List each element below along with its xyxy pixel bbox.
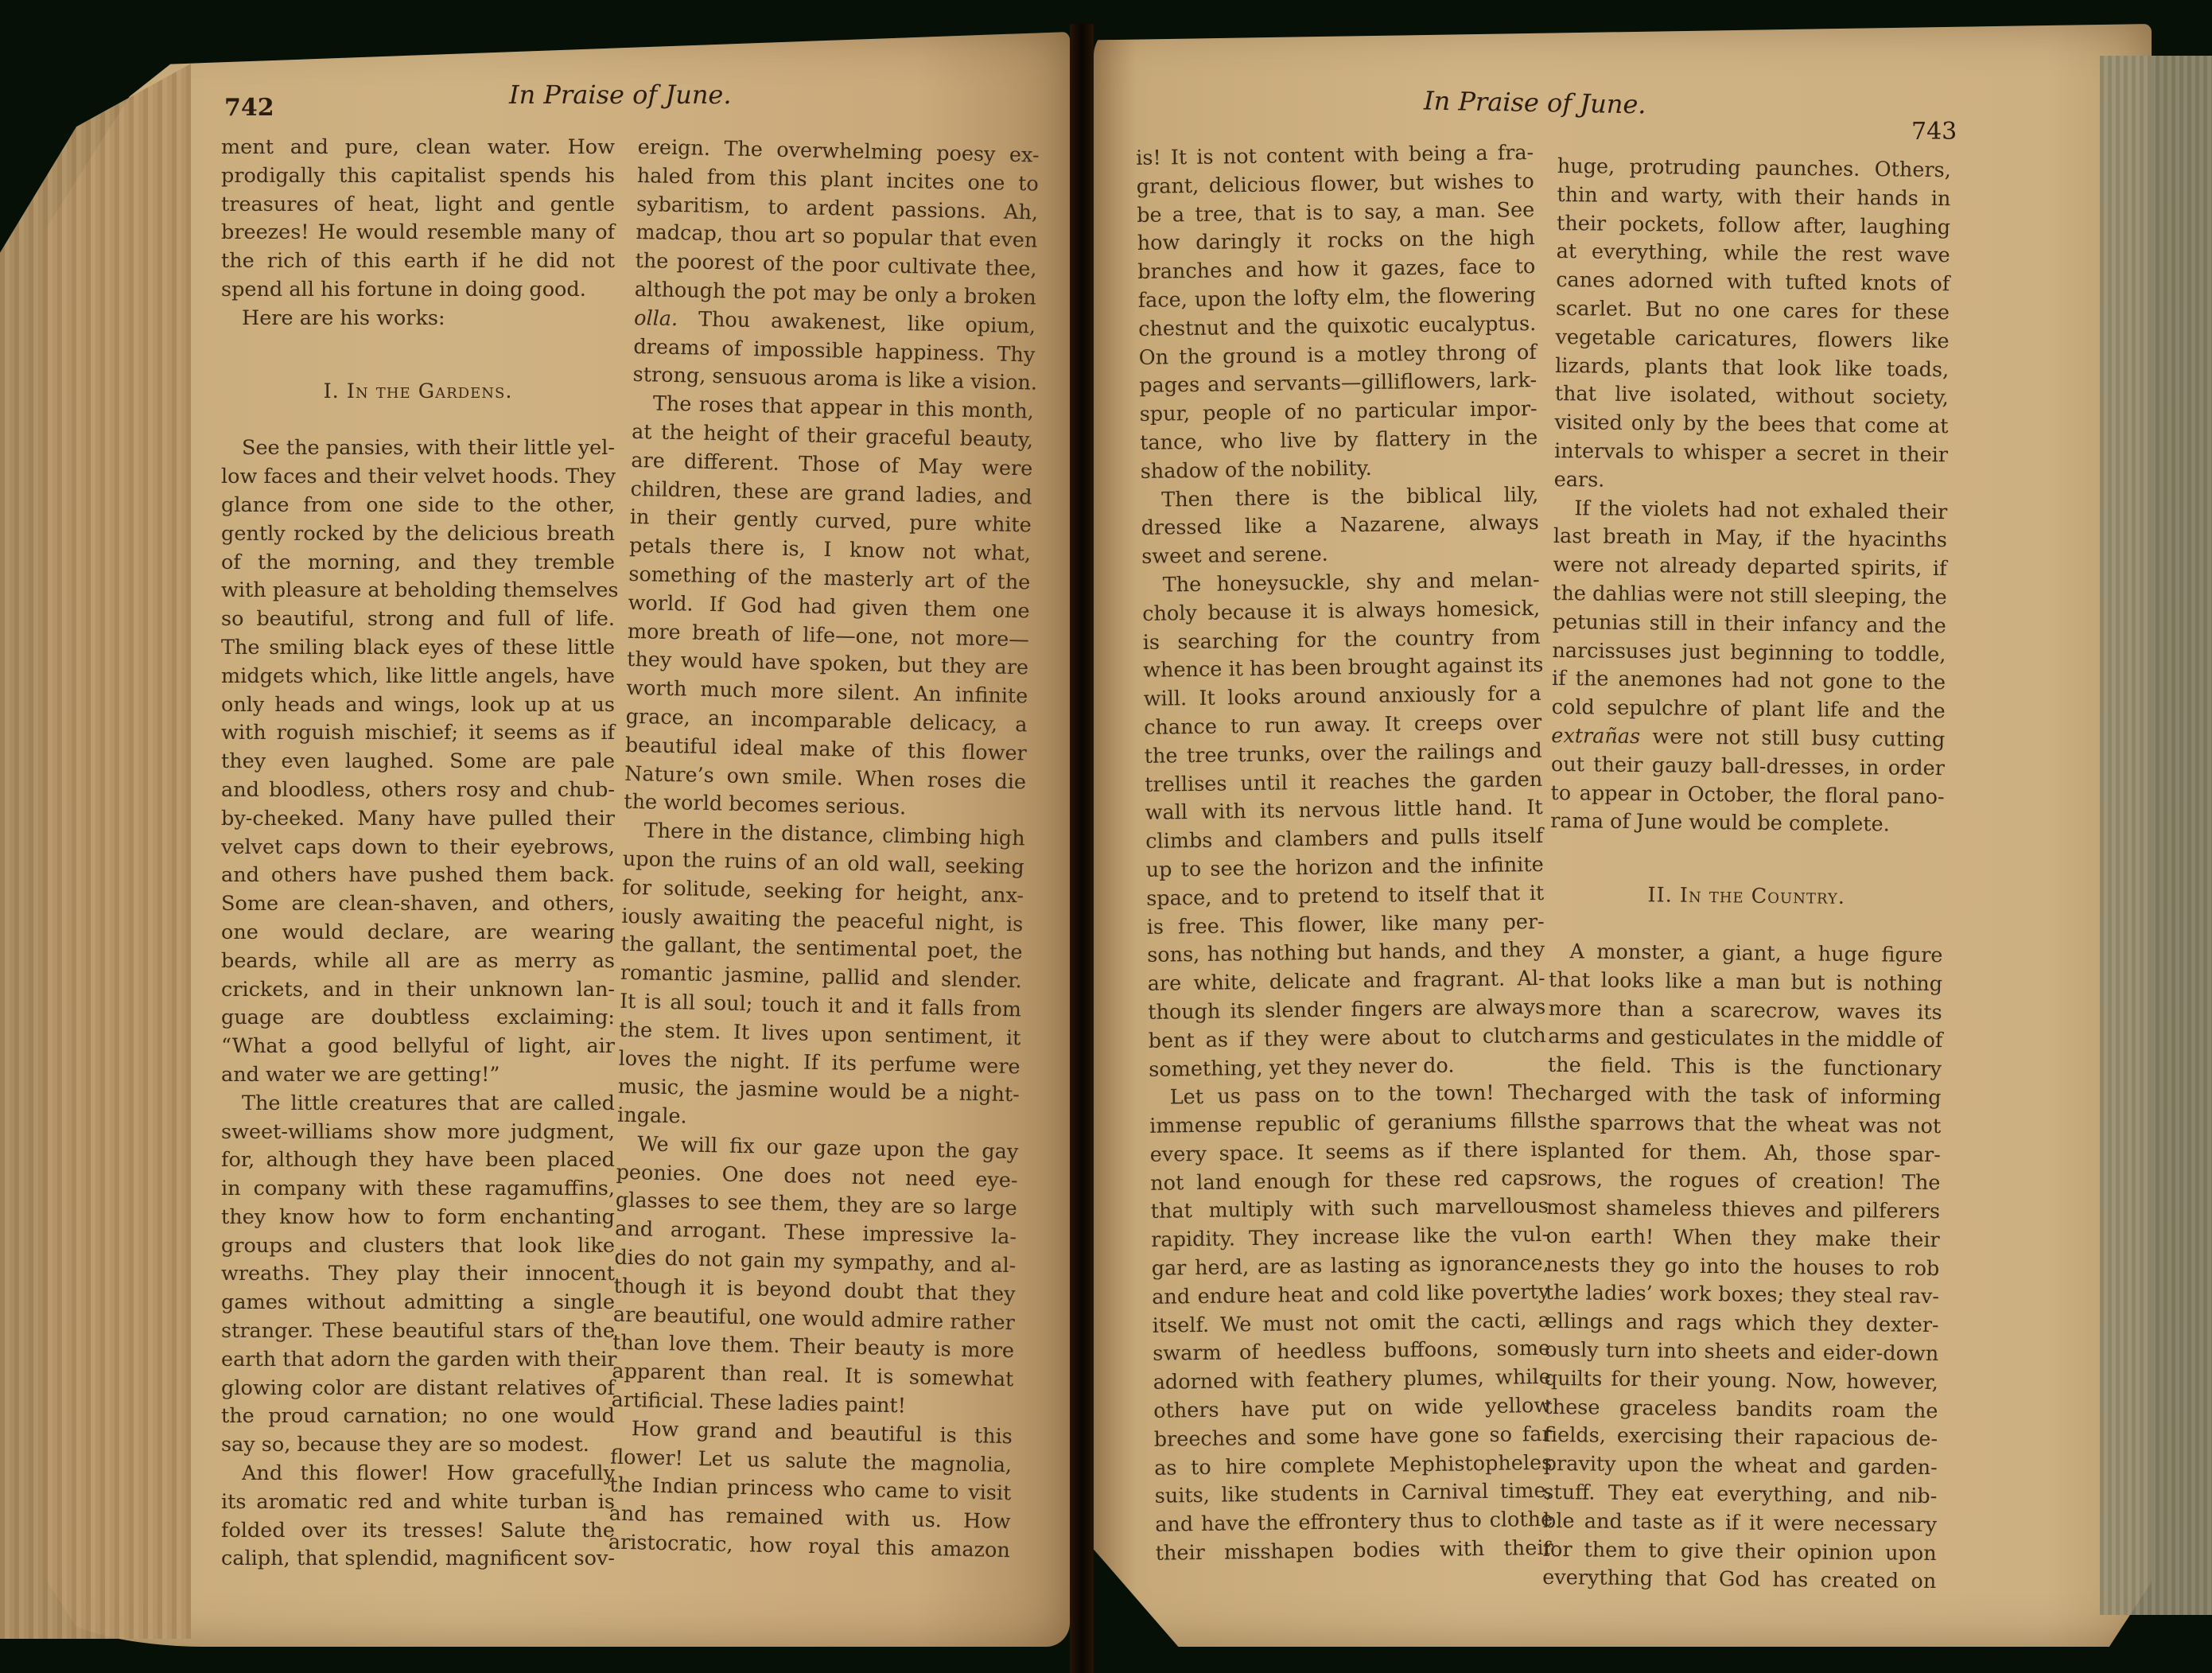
text-line: quilts for their young. Now, however, [1545, 1365, 1938, 1398]
page-number-left: 742 [224, 94, 274, 122]
text-line: by-cheeked. Many have pulled their [221, 805, 615, 834]
text-line: only heads and wings, look up at us [221, 691, 615, 720]
text-line: that looks like a man but is nothing [1549, 967, 1942, 999]
text-line: lizards, plants that look like toads, [1555, 352, 1949, 385]
section-heading: II. In the Country. [1549, 881, 1943, 913]
text-line: huge, protruding paunches. Others, [1557, 153, 1951, 185]
text-line: and others have pushed them back. [221, 862, 615, 890]
text-line: for, although they have been placed [221, 1146, 615, 1175]
text-line: games without admitting a single [221, 1289, 615, 1317]
right-page-edges [2100, 56, 2212, 1615]
text-line: The little creatures that are called [221, 1090, 615, 1119]
text-line: prodigally this capitalist spends his [221, 162, 615, 191]
text-line: glance from one side to the other, [221, 492, 615, 520]
text-line: ment and pure, clean water. How [221, 134, 615, 162]
text-line: beards, while all are as merry as [221, 947, 615, 976]
text-line: cold sepulchre of plant life and the [1552, 694, 1946, 726]
text-line: caliph, that splendid, magnificent sov- [221, 1545, 615, 1574]
text-line: the field. This is the functionary [1548, 1052, 1942, 1084]
text-line: stuff. They eat everything, and nib- [1543, 1479, 1937, 1512]
left-page-edges [0, 64, 191, 1639]
text-line: treasures of heat, light and gentle [221, 191, 615, 220]
text-line: Here are his works: [221, 305, 615, 333]
text-line: the proud carnation; no one would [221, 1403, 615, 1431]
text-line: last breath in May, if the hyacinths [1553, 523, 1947, 555]
text-line: with roguish mischief; it seems as if [221, 719, 615, 748]
text-line: with pleasure at beholding themselves [221, 577, 615, 605]
text-column-1: ment and pure, clean water. Howprodigall… [221, 134, 615, 1574]
text-line: The smiling black eyes of these little [221, 634, 615, 663]
text-line: See the pansies, with their little yel- [221, 434, 615, 463]
text-line: one would declare, are wearing [221, 919, 615, 947]
text-column-2: ereign. The overwhelming poesy ex-haled … [608, 134, 1040, 1566]
text-line: arms and gesticulates in the middle of [1548, 1023, 1942, 1056]
text-line: gently rocked by the delicious breath [221, 520, 615, 549]
text-line: in company with these ragamuffins, [221, 1175, 615, 1204]
text-line: “What a good bellyful of light, air [221, 1033, 615, 1061]
text-line: rama of June would be complete. [1550, 807, 1944, 840]
text-line: wreaths. They play their innocent [221, 1260, 615, 1289]
text-line: And this flower! How gracefully [221, 1460, 615, 1488]
text-line: groups and clusters that look like [221, 1232, 615, 1261]
text-line: velvet caps down to their eyebrows, [221, 834, 615, 862]
running-head-right: In Praise of June. [1424, 86, 1646, 120]
text-line: nests they go into the houses to rob [1545, 1251, 1939, 1284]
text-line: at everything, while the rest wave [1557, 238, 1950, 270]
text-line: on earth! When they make their [1546, 1223, 1940, 1255]
text-line: If the violets had not exhaled their [1553, 495, 1947, 527]
text-line: the ladies’ work boxes; they steal rav- [1545, 1279, 1939, 1312]
text-line: ellings and rags which they dexter- [1545, 1308, 1938, 1340]
text-line: A monster, a giant, a huge figure [1549, 938, 1942, 971]
text-line: guage are doubtless exclaiming: [221, 1004, 615, 1033]
page-number-right: 743 [1911, 118, 1957, 146]
text-column-3: is! It is not content with being a fra-g… [1136, 139, 1553, 1569]
text-line: fields, exercising their rapacious de- [1544, 1422, 1938, 1454]
text-line: narcissuses just beginning to toddle, [1552, 637, 1946, 670]
text-line: and bloodless, others rosy and chub- [221, 776, 615, 805]
text-line: intervals to whisper a secret in their [1554, 438, 1948, 470]
text-line: for them to give their opinion upon [1542, 1536, 1936, 1569]
text-line: of the morning, and they tremble [221, 549, 615, 578]
text-line: their pockets, follow after, laughing [1557, 210, 1950, 243]
text-line: sweet-williams show more judgment, [221, 1119, 615, 1147]
text-line: most shameless thieves and pilferers [1546, 1194, 1940, 1227]
text-line: these graceless bandits roam the [1544, 1394, 1938, 1426]
text-line: low faces and their velvet hoods. They [221, 463, 615, 492]
text-line: they even laughed. Some are pale [221, 748, 615, 776]
text-line: ously turn into sheets and eider-down [1545, 1336, 1938, 1369]
text-line: scarlet. But no one cares for these [1556, 295, 1950, 328]
text-line: planted for them. Ah, those spar- [1547, 1137, 1941, 1169]
text-line: breezes! He would resemble many of [221, 219, 615, 247]
section-heading: I. In the Gardens. [221, 378, 615, 407]
text-line: thin and warty, with their hands in [1557, 181, 1950, 214]
text-line: bent as if they were about to clutch [1148, 1022, 1545, 1056]
text-line: more than a scarecrow, waves its [1549, 994, 1942, 1027]
text-line: out their gauzy ball-dresses, in order [1551, 751, 1945, 784]
text-column-4: huge, protruding paunches. Others,thin a… [1542, 153, 1951, 1597]
running-head-left: In Praise of June. [509, 80, 732, 110]
text-line: glowing color are distant relatives of [221, 1375, 615, 1403]
text-line: they know how to form enchanting [221, 1204, 615, 1232]
text-line: say so, because they are so modest. [221, 1431, 615, 1460]
text-line: petunias still in their infancy and the [1553, 609, 1946, 641]
text-line: rows, the rogues of creation! The [1546, 1165, 1940, 1198]
text-line: that live isolated, without society, [1555, 380, 1949, 413]
text-line: the sparrows that the wheat was not [1547, 1109, 1941, 1142]
text-line: pravity upon the wheat and garden- [1544, 1450, 1938, 1483]
text-line: to appear in October, the floral pano- [1550, 779, 1944, 811]
text-line: and water we are getting!” [221, 1061, 615, 1090]
text-line: extrañas were not still busy cutting [1551, 722, 1945, 755]
text-line: canes adorned with tufted knots of [1556, 267, 1950, 299]
text-line: visited only by the bees that come at [1554, 409, 1948, 442]
text-line: tance, who live by flattery in the [1140, 424, 1538, 458]
text-line: stranger. These beautiful stars of the [221, 1317, 615, 1346]
text-line: earth that adorn the garden with their [221, 1346, 615, 1375]
text-line: so beautiful, strong and full of life. [221, 605, 615, 634]
text-line: crickets, and in their unknown lan- [221, 976, 615, 1005]
text-line: everything that God has created on [1542, 1564, 1936, 1597]
text-line: vegetable caricatures, flowers like [1555, 324, 1949, 356]
text-line: ears. [1554, 466, 1948, 499]
text-line: the rich of this earth if he did not [221, 247, 615, 276]
text-line: charged with the task of informing [1547, 1080, 1941, 1113]
text-line: dressed like a Nazarene, always [1141, 509, 1538, 543]
text-line: folded over its tresses! Salute the [221, 1517, 615, 1546]
text-line: spend all his fortune in doing good. [221, 276, 615, 305]
text-line: Some are clean-shaven, and others, [221, 890, 615, 919]
text-line: midgets which, like little angels, have [221, 663, 615, 691]
text-line: the dahlias were not still sleeping, the [1553, 580, 1946, 613]
text-line: their misshapen bodies with their [1155, 1535, 1553, 1569]
text-line: ble and taste as if it were necessary [1543, 1508, 1937, 1540]
book-spine [1070, 24, 1094, 1673]
text-line: were not already departed spirits, if [1553, 551, 1946, 584]
text-line: if the anemones had not gone to the [1552, 665, 1946, 698]
text-line: its aromatic red and white turban is [221, 1488, 615, 1517]
